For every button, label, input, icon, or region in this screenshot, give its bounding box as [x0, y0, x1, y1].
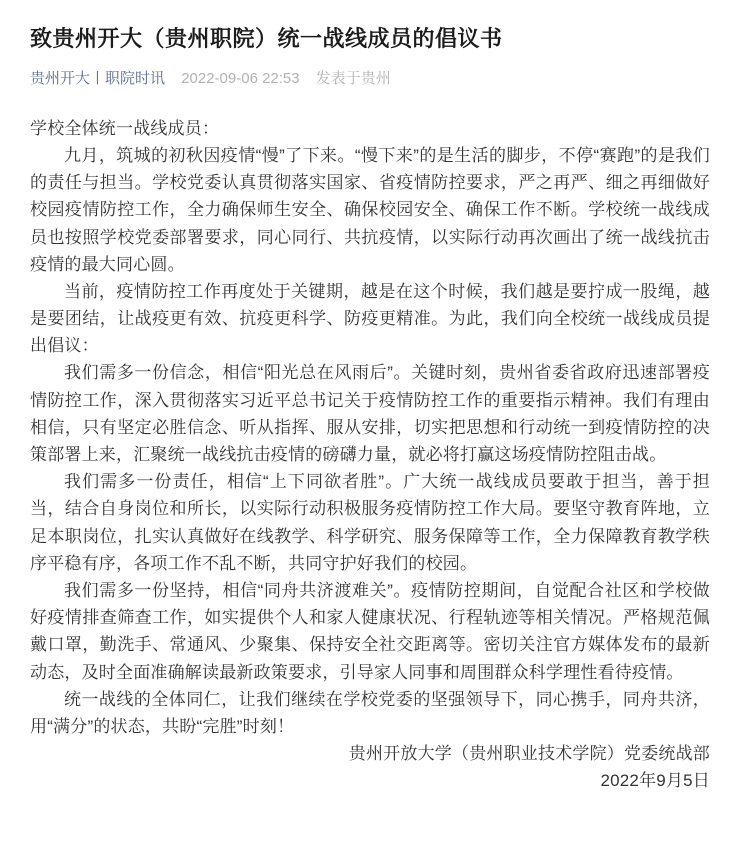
publish-location: 发表于贵州 — [316, 70, 391, 87]
signature-date: 2022年9月5日 — [30, 767, 710, 794]
article-paragraph: 九月，筑城的初秋因疫情“慢”了下来。“慢下来”的是生活的脚步，不停“赛跑”的是我… — [30, 142, 710, 278]
article-paragraph: 我们需多一份责任，相信“上下同欲者胜”。广大统一战线成员要敢于担当，善于担当，结… — [30, 468, 710, 577]
article-body: 学校全体统一战线成员： 九月，筑城的初秋因疫情“慢”了下来。“慢下来”的是生活的… — [30, 115, 710, 795]
article-page: 致贵州开大（贵州职院）统一战线成员的倡议书 贵州开大丨职院时讯 2022-09-… — [0, 0, 740, 810]
article-paragraph: 我们需多一份坚持，相信“同舟共济渡难关”。疫情防控期间，自觉配合社区和学校做好疫… — [30, 577, 710, 686]
article-paragraph: 我们需多一份信念，相信“阳光总在风雨后”。关键时刻，贵州省委省政府迅速部署疫情防… — [30, 359, 710, 468]
account-name-link[interactable]: 贵州开大丨职院时讯 — [30, 70, 165, 87]
article-meta: 贵州开大丨职院时讯 2022-09-06 22:53 发表于贵州 — [30, 68, 710, 89]
publish-datetime: 2022-09-06 22:53 — [181, 70, 299, 87]
article-paragraph: 统一战线的全体同仁，让我们继续在学校党委的坚强领导下，同心携手，同舟共济，用“满… — [30, 686, 710, 740]
salutation: 学校全体统一战线成员： — [30, 115, 710, 142]
signature-organization: 贵州开放大学（贵州职业技术学院）党委统战部 — [30, 740, 710, 767]
article-title: 致贵州开大（贵州职院）统一战线成员的倡议书 — [30, 24, 710, 55]
article-paragraph: 当前，疫情防控工作再度处于关键期，越是在这个时候，我们越是要拧成一股绳，越是要团… — [30, 278, 710, 360]
